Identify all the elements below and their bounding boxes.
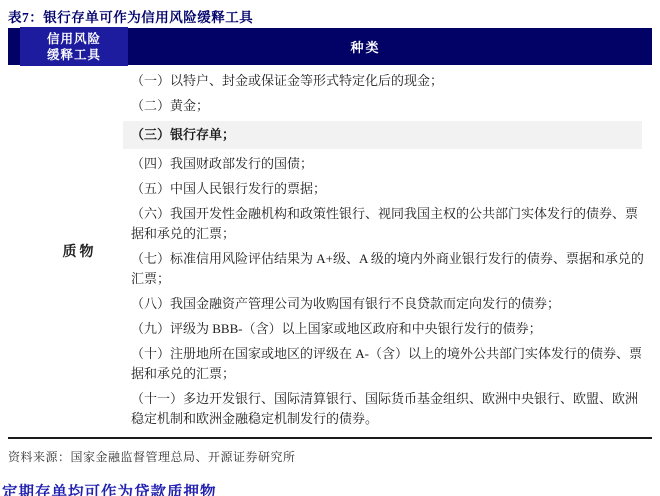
category-item-6: （六）我国开发性金融机构和政策性银行、视同我国主权的公共部门实体发行的债券、票据… (131, 204, 644, 244)
category-item-1: （一）以特户、封金或保证金等形式特定化后的现金； (131, 71, 644, 91)
header-cell-credit-risk-tool: 信用风险 缓释工具 (20, 27, 128, 66)
data-source-note: 资料来源：国家金融监督管理总局、开源证券研究所 (8, 448, 296, 465)
category-item-7: （七）标准信用风险评估结果为 A+级、A 级的境内外商业银行发行的债券、票据和承… (131, 249, 644, 289)
table-body-row: 质物 （一）以特户、封金或保证金等形式特定化后的现金； （二）黄金； （三）银行… (8, 65, 652, 439)
row-label-pledge: 质物 (63, 241, 97, 261)
category-item-4: （四）我国财政部发行的国债； (131, 154, 644, 174)
risk-mitigation-table: 信用风险 缓释工具 种类 质物 （一）以特户、封金或保证金等形式特定化后的现金；… (8, 28, 652, 439)
category-item-8: （八）我国金融资产管理公司为收购国有银行不良贷款而定向发行的债券； (131, 294, 644, 314)
category-item-11: （十一）多边开发银行、国际清算银行、国际货币基金组织、欧洲中央银行、欧盟、欧洲稳… (131, 389, 644, 429)
category-item-3-highlighted: （三）银行存单； (123, 121, 642, 149)
category-item-9: （九）评级为 BBB-（含）以上国家或地区政府和中央银行发行的债券； (131, 319, 644, 339)
table-title: 表7：银行存单可作为信用风险缓释工具 (8, 6, 253, 26)
header-col1-line2: 缓释工具 (47, 47, 101, 63)
category-item-10: （十）注册地所在国家或地区的评级在 A-（含）以上的境外公共部门实体发行的债券、… (131, 344, 644, 384)
row-label-cell: 质物 (8, 65, 123, 437)
next-section-heading: 定期存单均可作为贷款质押物 (2, 480, 217, 496)
report-page: 表7：银行存单可作为信用风险缓释工具 信用风险 缓释工具 种类 质物 （一）以特… (0, 0, 660, 496)
category-items-cell: （一）以特户、封金或保证金等形式特定化后的现金； （二）黄金； （三）银行存单；… (123, 65, 652, 437)
category-item-5: （五）中国人民银行发行的票据； (131, 179, 644, 199)
table-header-row: 信用风险 缓释工具 种类 (8, 28, 652, 65)
category-item-2: （二）黄金； (131, 96, 644, 116)
header-cell-category: 种类 (101, 37, 630, 56)
header-col1-line1: 信用风险 (47, 31, 101, 47)
